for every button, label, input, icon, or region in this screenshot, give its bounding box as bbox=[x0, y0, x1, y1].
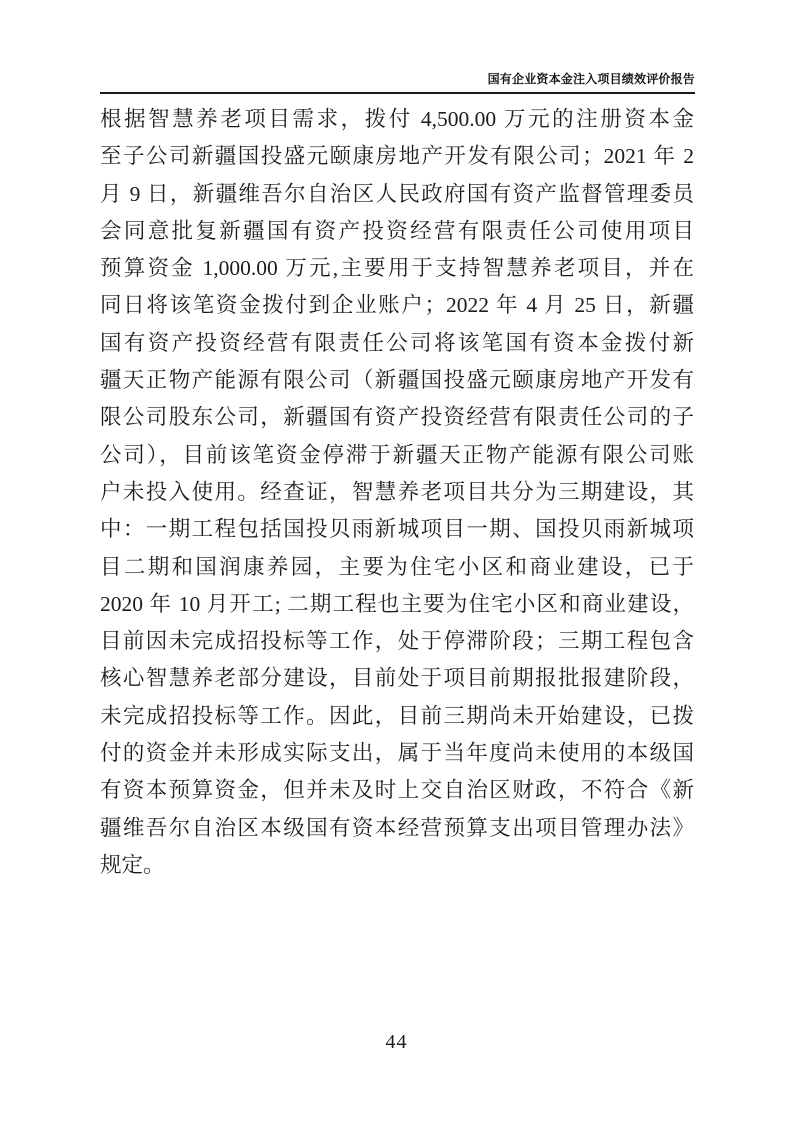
body-line: 核心智慧养老部分建设，目前处于项目前期报批报建阶段， bbox=[100, 660, 694, 697]
body-line: 户未投入使用。经查证，智慧养老项目共分为三期建设，其 bbox=[100, 474, 694, 511]
body-line: 公司），目前该笔资金停滞于新疆天正物产能源有限公司账 bbox=[100, 437, 694, 474]
body-line: 至子公司新疆国投盛元颐康房地产开发有限公司；2021 年 2 bbox=[100, 138, 694, 175]
document-page: 国有企业资本金注入项目绩效评价报告 根据智慧养老项目需求，拨付 4,500.00… bbox=[0, 0, 793, 1122]
body-line: 有资本预算资金，但并未及时上交自治区财政，不符合《新 bbox=[100, 772, 694, 809]
body-line: 月 9 日，新疆维吾尔自治区人民政府国有资产监督管理委员 bbox=[100, 176, 694, 213]
running-header: 国有企业资本金注入项目绩效评价报告 bbox=[100, 71, 695, 94]
body-line: 疆天正物产能源有限公司（新疆国投盛元颐康房地产开发有 bbox=[100, 362, 694, 399]
header-title-row: 国有企业资本金注入项目绩效评价报告 bbox=[100, 71, 695, 87]
header-title: 国有企业资本金注入项目绩效评价报告 bbox=[488, 72, 695, 86]
body-line: 根据智慧养老项目需求，拨付 4,500.00 万元的注册资本金 bbox=[100, 101, 694, 138]
header-rule bbox=[100, 92, 695, 94]
body-line: 付的资金并未形成实际支出，属于当年度尚未使用的本级国 bbox=[100, 735, 694, 772]
body-line: 同日将该笔资金拨付到企业账户；2022 年 4 月 25 日，新疆 bbox=[100, 287, 694, 324]
body-line: 目前因未完成招投标等工作，处于停滞阶段；三期工程包含 bbox=[100, 623, 694, 660]
body-line: 限公司股东公司，新疆国有资产投资经营有限责任公司的子 bbox=[100, 399, 694, 436]
body-line: 2020 年 10 月开工; 二期工程也主要为住宅小区和商业建设， bbox=[100, 586, 694, 623]
body-line: 目二期和国润康养园，主要为住宅小区和商业建设，已于 bbox=[100, 549, 694, 586]
body-paragraph: 根据智慧养老项目需求，拨付 4,500.00 万元的注册资本金至子公司新疆国投盛… bbox=[100, 101, 694, 884]
body-line: 预算资金 1,000.00 万元,主要用于支持智慧养老项目，并在 bbox=[100, 250, 694, 287]
page-number: 44 bbox=[0, 1030, 793, 1054]
body-line: 会同意批复新疆国有资产投资经营有限责任公司使用项目 bbox=[100, 213, 694, 250]
body-line: 疆维吾尔自治区本级国有资本经营预算支出项目管理办法》 bbox=[100, 810, 694, 847]
body-line: 规定。 bbox=[100, 847, 694, 884]
body-line: 未完成招投标等工作。因此，目前三期尚未开始建设，已拨 bbox=[100, 698, 694, 735]
body-line: 中：一期工程包括国投贝雨新城项目一期、国投贝雨新城项 bbox=[100, 511, 694, 548]
body-line: 国有资产投资经营有限责任公司将该笔国有资本金拨付新 bbox=[100, 325, 694, 362]
